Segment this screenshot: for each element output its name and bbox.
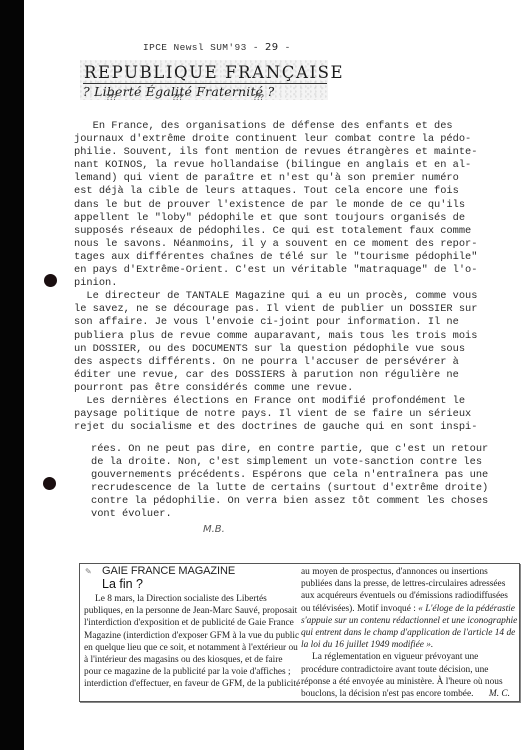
clipping-line: Magazine (interdiction d'exposer GFM à l… bbox=[84, 630, 297, 642]
clipping-line: pour ce magazine de la publicité par la … bbox=[84, 666, 297, 678]
republique-banner-clipping: REPUBLIQUE FRANÇAISE ? Liberté Égalité F… bbox=[80, 60, 328, 100]
article-line: lemand) qui vient de paraître et n'est q… bbox=[74, 172, 502, 185]
article-line: vont évoluer. bbox=[91, 508, 511, 521]
article-line: nous le savons. Néanmoins, il y a souven… bbox=[74, 238, 502, 251]
article-line: est déjà la cible de leurs attaques. Tou… bbox=[74, 185, 502, 198]
clipping-column-left: Le 8 mars, la Direction socialiste des L… bbox=[84, 593, 297, 691]
article-line: tages aux différentes chaînes de télé su… bbox=[74, 251, 502, 264]
article-line: des aspects différents. On ne pourra l'a… bbox=[74, 356, 502, 369]
clipping-bullet-icon: ✎ bbox=[85, 567, 92, 576]
clipping-line: ou télévisées). Motif invoqué : « L'élog… bbox=[301, 603, 514, 615]
article-line: Les dernières élections en France ont mo… bbox=[74, 395, 502, 408]
article-line: en pays d'Extrême-Orient. C'est un vérit… bbox=[74, 264, 502, 277]
article-line: rées. On ne peut pas dire, en contre par… bbox=[91, 443, 511, 456]
clipping-quote-start: « L'éloge de la pédérastie bbox=[416, 604, 515, 614]
header-dash: - bbox=[279, 42, 291, 53]
clipping-quote-line: la loi du 16 juillet 1949 modifiée ». bbox=[301, 639, 514, 651]
publication-label: IPCE Newsl SUM'93 - bbox=[143, 42, 259, 53]
clipping-line: au moyen de prospectus, d'annonces ou in… bbox=[301, 566, 514, 578]
page-header: IPCE Newsl SUM'93 - 29 - bbox=[143, 42, 383, 53]
banner-title: REPUBLIQUE FRANÇAISE bbox=[84, 63, 344, 82]
article-line: recrudescence de la lutte de certains (s… bbox=[91, 482, 511, 495]
clipping-line: aux acquéreurs éventuels ou d'émissions … bbox=[301, 590, 514, 602]
article-line: supposés réseaux de pédophiles. Ce qui e… bbox=[74, 225, 502, 238]
article-line: En France, des organisations de défense … bbox=[74, 120, 502, 133]
clipping-line: en quelque lieu que ce soit, et notammen… bbox=[84, 642, 297, 654]
clipping-line: à l'intérieur des magasins ou des kiosqu… bbox=[84, 654, 297, 666]
gaie-france-clipping: ✎ GAIE FRANCE MAGAZINE La fin ? Le 8 mar… bbox=[79, 563, 520, 702]
scanner-edge-band bbox=[0, 0, 24, 750]
clipping-signoff: M. C. bbox=[489, 688, 514, 700]
clipping-line: réponse a été envoyée au ministère. À l'… bbox=[301, 676, 514, 688]
clipping-line: interdiction d'effectuer, en faveur de G… bbox=[84, 678, 297, 690]
clipping-line: procédure contradictoire avant toute déc… bbox=[301, 664, 514, 676]
handwritten-question-marks: ??? bbox=[106, 93, 116, 102]
clipping-quote-line: s'appuie sur un contenu rédactionnel et … bbox=[301, 615, 514, 627]
clipping-line-text: bouclons, la décision n'est pas encore t… bbox=[301, 689, 473, 699]
article-line: un DOSSIER, ou des DOCUMENTS sur la ques… bbox=[74, 343, 502, 356]
clipping-headline: La fin ? bbox=[102, 577, 143, 591]
article-line: rejet du socialisme et des doctrines de … bbox=[74, 421, 502, 434]
clipping-line: publiques, en la personne de Jean-Marc S… bbox=[84, 605, 297, 617]
article-line: dans le but de prouver l'existence de pa… bbox=[74, 199, 502, 212]
clipping-line-text: ou télévisées). Motif invoqué : bbox=[301, 604, 416, 614]
article-line: nant KOINOS, la revue hollandaise (bilin… bbox=[74, 159, 502, 172]
punch-hole-upper bbox=[44, 274, 57, 287]
article-line: éditer une revue, car des DOSSIERS à par… bbox=[74, 369, 502, 382]
article-line: contre la pédophilie. On verra bien asse… bbox=[91, 495, 511, 508]
article-line: de la droite. Non, c'est simplement un v… bbox=[91, 456, 511, 469]
article-line: gouvernements précédents. Espérons que c… bbox=[91, 469, 511, 482]
article-line: Le directeur de TANTALE Magazine qui a e… bbox=[74, 290, 502, 303]
article-body-part2: rées. On ne peut pas dire, en contre par… bbox=[91, 443, 511, 522]
clipping-column-right: au moyen de prospectus, d'annonces ou in… bbox=[301, 566, 514, 700]
clipping-line: l'interdiction d'exposition et de public… bbox=[84, 617, 297, 629]
article-line: le savez, ne se décourage pas. Il vient … bbox=[74, 303, 502, 316]
clipping-quote-line: qui entrent dans le champ d'application … bbox=[301, 627, 514, 639]
article-line: paysage politique de notre pays. Il vien… bbox=[74, 408, 502, 421]
article-line: appellent le "loby" pédophile et que son… bbox=[74, 212, 502, 225]
clipping-line: Le 8 mars, la Direction socialiste des L… bbox=[84, 593, 297, 605]
article-line: publiera plus de revue comme auparavant,… bbox=[74, 330, 502, 343]
handwritten-question-marks: ??? bbox=[172, 93, 182, 102]
article-line: son affaire. Je vous l'envoie ci-joint p… bbox=[74, 316, 502, 329]
clipping-line: bouclons, la décision n'est pas encore t… bbox=[301, 688, 514, 700]
punch-hole-lower bbox=[43, 477, 56, 490]
article-line: journaux d'extrême droite continuent leu… bbox=[74, 133, 502, 146]
handwritten-question-marks: ??? bbox=[253, 93, 263, 102]
clipping-line: publiées dans la presse, de lettres-circ… bbox=[301, 578, 514, 590]
article-line: pinion. bbox=[74, 277, 502, 290]
article-line: pourront pas être considérés comme une r… bbox=[74, 382, 502, 395]
page-number: 29 bbox=[265, 42, 279, 53]
article-body-part1: En France, des organisations de défense … bbox=[74, 120, 502, 434]
article-line: philie. Souvent, ils font mention de rev… bbox=[74, 146, 502, 159]
clipping-kicker: GAIE FRANCE MAGAZINE bbox=[102, 565, 235, 577]
author-signature: M.B. bbox=[203, 524, 225, 535]
clipping-line: La réglementation en vigueur prévoyant u… bbox=[301, 651, 514, 663]
